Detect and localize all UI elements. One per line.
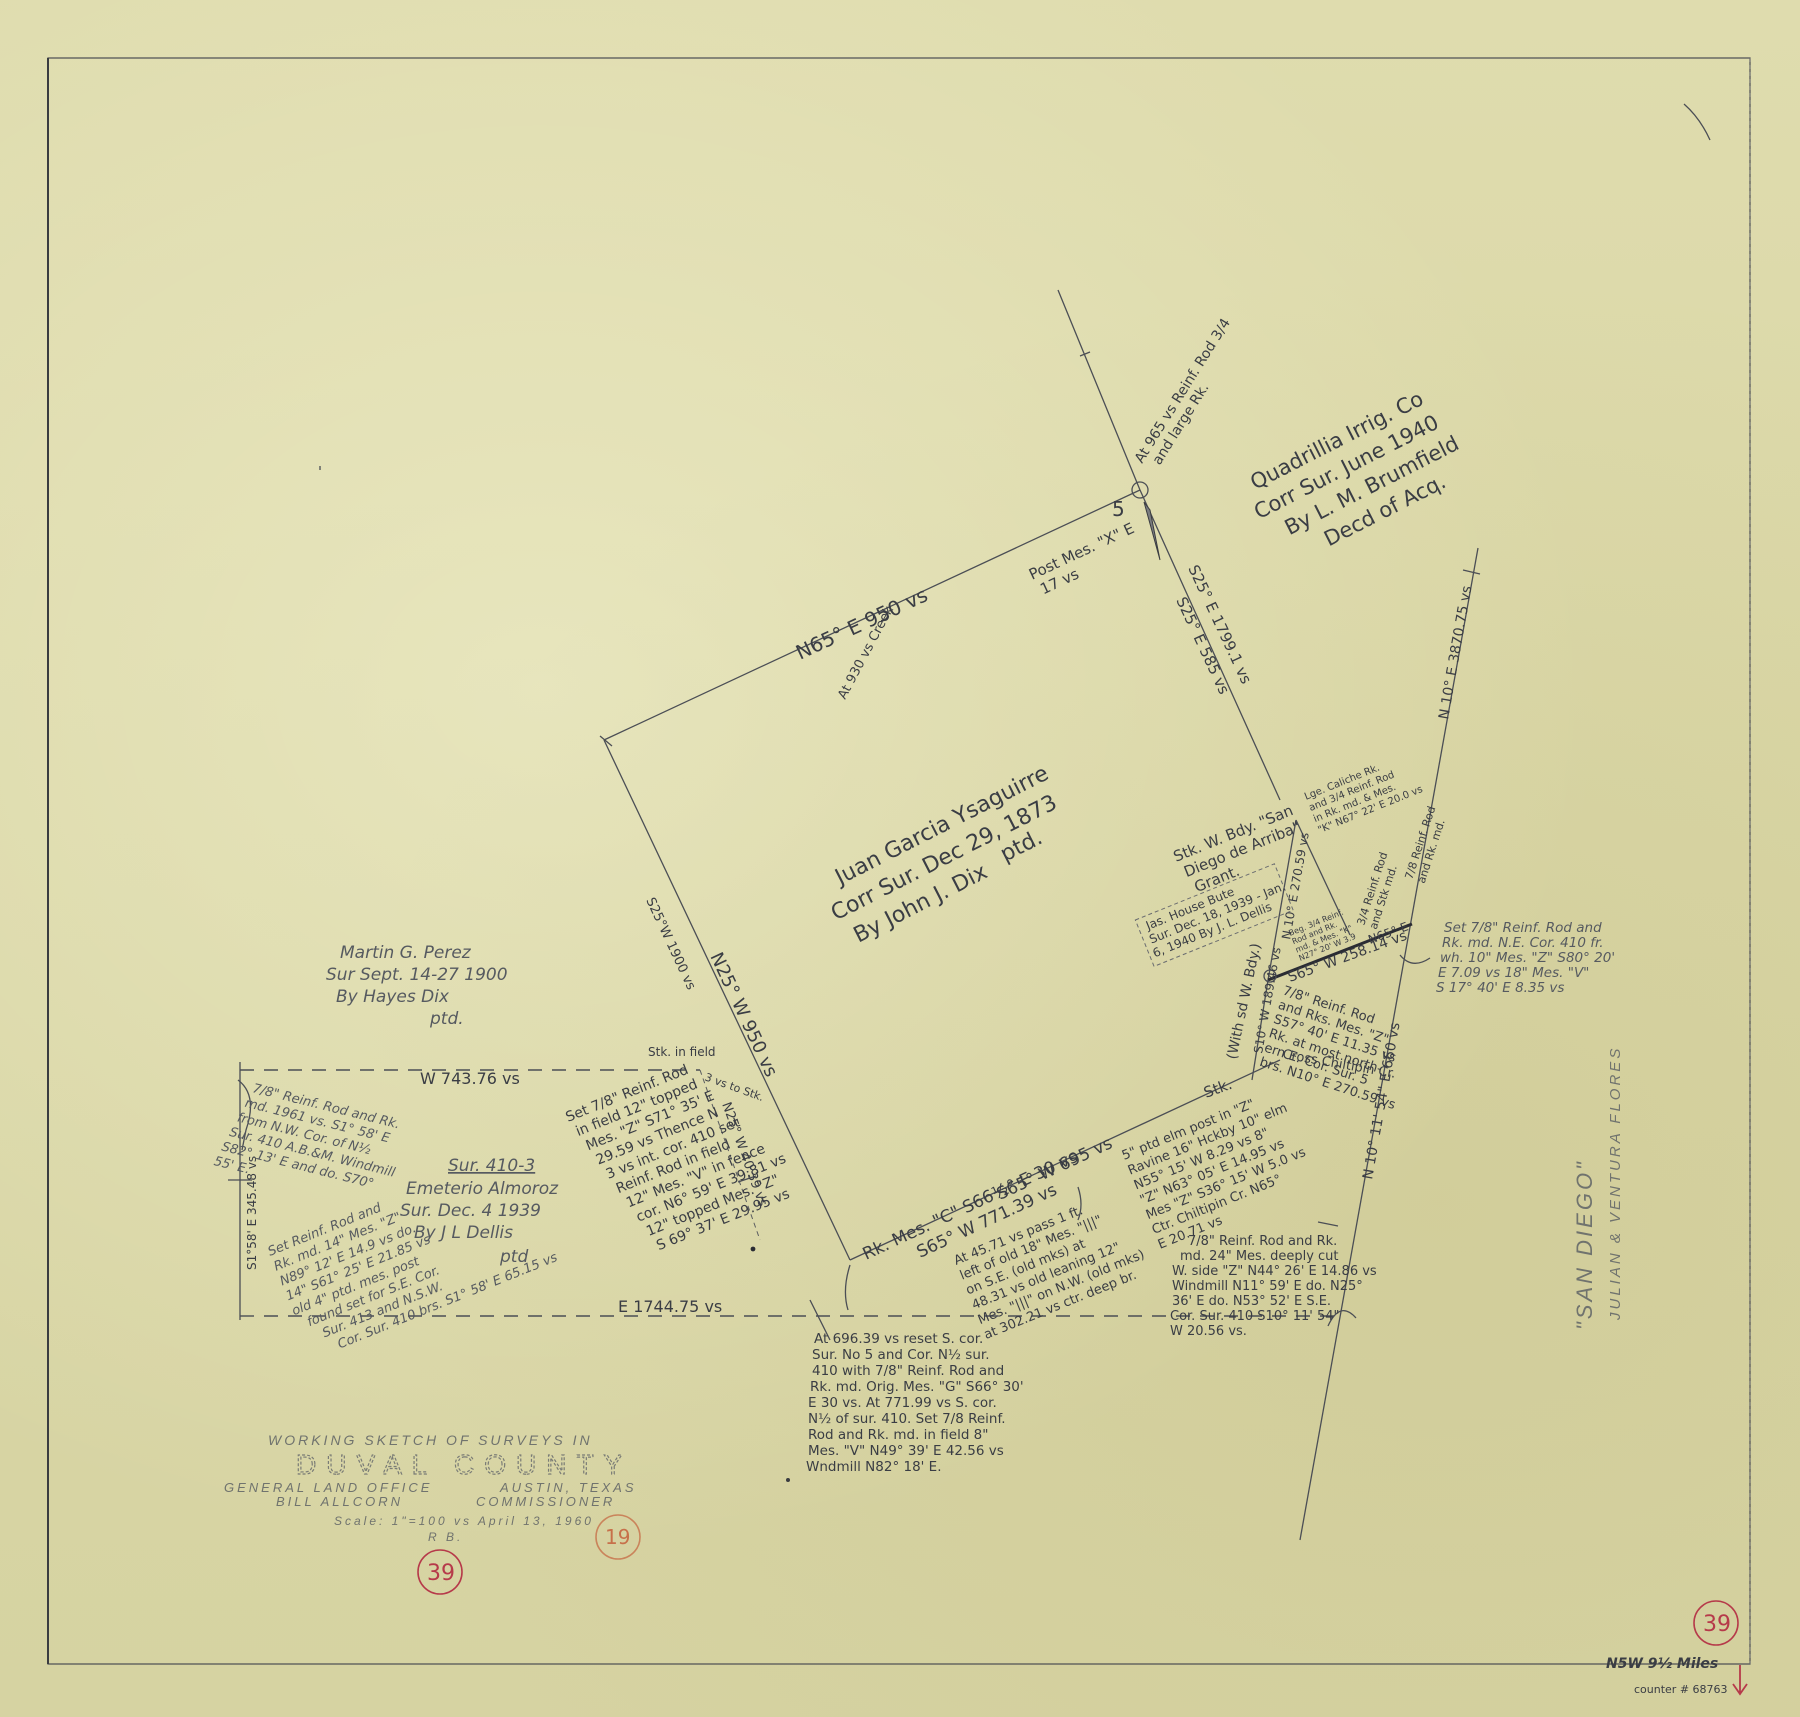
svg-text:7/8" Reinf. Rod and Rk.: 7/8" Reinf. Rod and Rk. [1188, 1234, 1337, 1249]
title-block: WORKING SKETCH OF SURVEYS IN DUVAL COUNT… [224, 1432, 637, 1544]
svg-text:By Hayes Dix: By Hayes Dix [336, 987, 450, 1007]
label-san-diego: "SAN DIEGO" [1572, 1159, 1597, 1330]
scale-date: Scale: 1"=100 vs April 13, 1960 [334, 1514, 594, 1528]
label-martin-perez: Martin G. Perez Sur Sept. 14-27 1900 By … [326, 943, 508, 1029]
svg-text:Martin G. Perez: Martin G. Perez [340, 943, 472, 963]
label-julian-ventura-flores: JULIAN & VENTURA FLORES [1607, 1046, 1624, 1321]
call-w743: W 743.76 vs [420, 1069, 520, 1088]
svg-text:Wndmill N82° 18' E.: Wndmill N82° 18' E. [806, 1459, 942, 1475]
note-reinf-nw: 7/8" Reinf. Rod and Rk. md. 1961 vs. S1°… [212, 1076, 408, 1211]
svg-text:Sur. 410-3: Sur. 410-3 [448, 1156, 535, 1176]
corner-5-label: 5 [1112, 497, 1125, 521]
svg-text:W 20.56 vs.: W 20.56 vs. [1170, 1324, 1247, 1339]
title-county: DUVAL COUNTY [296, 1449, 632, 1480]
svg-text:19: 19 [605, 1525, 630, 1549]
call-s25w1900: S25°W 1900 vs [642, 895, 698, 992]
call-stk-field: Stk. in field [648, 1045, 716, 1059]
commissioner-title: COMMISSIONER [476, 1494, 615, 1509]
svg-text:At 965 vs Reinf. Rod 3/4: At 965 vs Reinf. Rod 3/4 [1132, 316, 1234, 466]
call-stk: Stk. [1201, 1075, 1234, 1102]
svg-text:36' E do. N53° 52' E S.E.: 36' E do. N53° 52' E S.E. [1172, 1294, 1331, 1309]
note-at696: At 696.39 vs reset S. cor. Sur. No 5 and… [806, 1331, 1024, 1475]
svg-text:ptd.: ptd. [429, 1009, 464, 1029]
orange-number-stamp: 19 [596, 1515, 640, 1559]
note-lge-caliche: Lge. Caliche Rk. and 3/4 Reinf. Rod in R… [1303, 751, 1424, 837]
arrow-down-icon [1733, 1665, 1747, 1694]
svg-text:Cor. Sur. 410 S10° 11' 54": Cor. Sur. 410 S10° 11' 54" [1170, 1309, 1340, 1324]
survey-map-sheet: Juan Garcia Ysaguirre Corr Sur. Dec 29, … [0, 0, 1800, 1717]
label-emeterio-almoroz: Sur. 410-3 Emeterio Almoroz Sur. Dec. 4 … [400, 1156, 559, 1267]
label-quadrillia: Quadrillia Irrig. Co Corr Sur. June 1940… [1237, 381, 1475, 574]
svg-text:Post Mes. "X" E: Post Mes. "X" E [1026, 519, 1137, 583]
sheet-number-stamp-left: 39 [418, 1550, 462, 1594]
svg-text:Rk. md. N.E. Cor. 410 fr.: Rk. md. N.E. Cor. 410 fr. [1442, 935, 1604, 951]
note-reinf-se: 7/8" Reinf. Rod and Rk. md. 24" Mes. dee… [1170, 1234, 1377, 1339]
note-reinf-rod-ne1: 3/4 Reinf. Rod and Stk md. [1354, 851, 1402, 931]
sheet-number-stamp-right: 39 [1694, 1601, 1738, 1645]
svg-text:Rod and Rk. md. in field 8": Rod and Rk. md. in field 8" [808, 1427, 988, 1443]
svg-text:Windmill N11° 59' E do. N25°: Windmill N11° 59' E do. N25° [1172, 1279, 1363, 1294]
svg-text:S 17° 40' E 8.35 vs: S 17° 40' E 8.35 vs [1436, 980, 1564, 996]
svg-text:39: 39 [1703, 1612, 1731, 1637]
initials: R B. [428, 1530, 463, 1544]
svg-text:md. 24" Mes. deeply cut: md. 24" Mes. deeply cut [1180, 1249, 1339, 1264]
office-right: AUSTIN, TEXAS [499, 1480, 637, 1495]
office-left: GENERAL LAND OFFICE [224, 1480, 432, 1495]
call-post-mes: Post Mes. "X" E 17 vs [1026, 519, 1145, 600]
note-elm-post: 5" ptd elm post in "Z" Ravine 16" Hckby … [1120, 1086, 1320, 1253]
label-juan-garcia: Juan Garcia Ysaguirre Corr Sur. Dec 29, … [814, 761, 1080, 953]
svg-text:410 with 7/8" Reinf. Rod and: 410 with 7/8" Reinf. Rod and [812, 1363, 1004, 1379]
call-n10e-3870: N 10° E 3870.75 vs [1436, 585, 1475, 721]
footer-counter: counter # 68763 [1634, 1683, 1728, 1696]
svg-text:Sur. Dec. 4 1939: Sur. Dec. 4 1939 [400, 1201, 541, 1221]
svg-text:39: 39 [427, 1561, 455, 1586]
note-reinf-rod-ne2: 7/8 Reinf. Rod and Rk. md. [1402, 805, 1450, 885]
svg-text:Mes. "V" N49° 39' E 42.56 vs: Mes. "V" N49° 39' E 42.56 vs [808, 1443, 1004, 1459]
footer-direction: N5W 9½ Miles [1606, 1656, 1718, 1672]
call-n25w950: N25° W 950 vs [705, 949, 781, 1080]
svg-text:Rk. md. Orig. Mes. "G" S66° 30: Rk. md. Orig. Mes. "G" S66° 30' [810, 1379, 1024, 1395]
svg-text:Emeterio Almoroz: Emeterio Almoroz [406, 1179, 559, 1199]
svg-text:Set 7/8" Reinf. Rod and: Set 7/8" Reinf. Rod and [1444, 920, 1602, 936]
svg-text:W. side "Z" N44° 26' E 14.86 v: W. side "Z" N44° 26' E 14.86 vs [1172, 1264, 1377, 1279]
svg-text:Sur. No 5 and Cor. N½ sur.: Sur. No 5 and Cor. N½ sur. [812, 1347, 989, 1363]
svg-text:N½ of sur. 410. Set 7/8 Reinf.: N½ of sur. 410. Set 7/8 Reinf. [808, 1411, 1006, 1427]
call-e1744: E 1744.75 vs [618, 1297, 722, 1316]
svg-text:E 7.09 vs 18" Mes. "V": E 7.09 vs 18" Mes. "V" [1438, 965, 1589, 981]
svg-text:At 696.39 vs reset S. cor.: At 696.39 vs reset S. cor. [814, 1331, 983, 1347]
svg-text:Sur Sept. 14-27 1900: Sur Sept. 14-27 1900 [326, 965, 508, 985]
svg-text:E 30 vs. At 771.99 vs S. cor.: E 30 vs. At 771.99 vs S. cor. [808, 1395, 997, 1411]
stray-mark [1684, 104, 1710, 140]
survey-map-drawing: Juan Garcia Ysaguirre Corr Sur. Dec 29, … [0, 0, 1800, 1717]
svg-text:wh. 10" Mes. "Z" S80° 20': wh. 10" Mes. "Z" S80° 20' [1440, 950, 1615, 966]
commissioner-name: BILL ALLCORN [276, 1494, 403, 1509]
call-at965: At 965 vs Reinf. Rod 3/4 and large Rk. [1132, 316, 1248, 475]
note-set-ne: Set 7/8" Reinf. Rod and Rk. md. N.E. Cor… [1436, 920, 1615, 996]
title-line1: WORKING SKETCH OF SURVEYS IN [268, 1432, 593, 1448]
